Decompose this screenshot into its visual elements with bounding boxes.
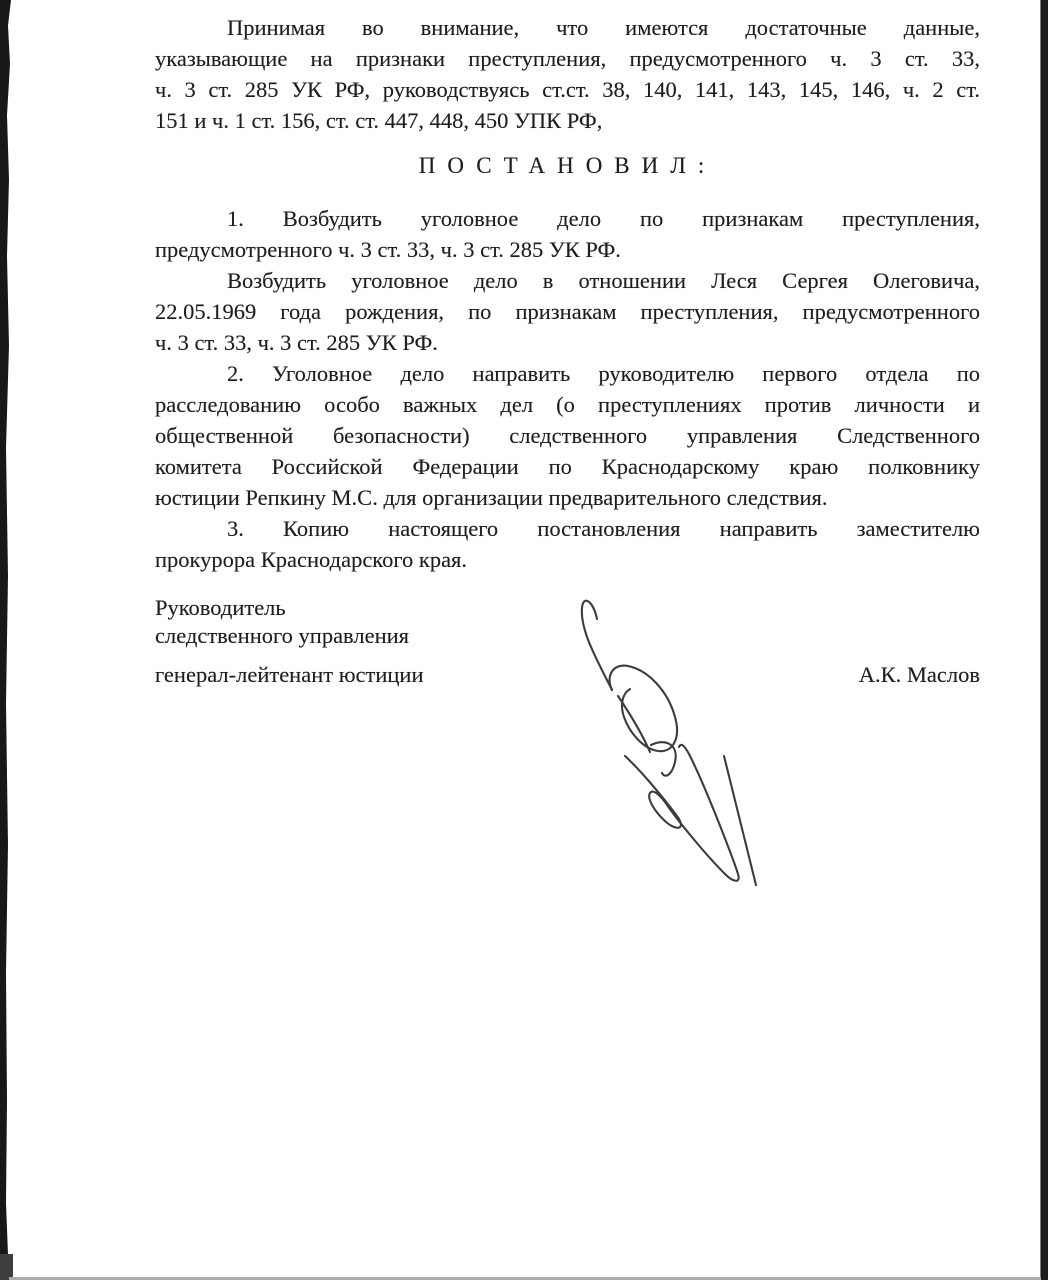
intro-paragraph: Принимая во внимание, что имеются достат…	[155, 12, 980, 136]
text-line: юстиции Репкину М.С. для организации пре…	[155, 482, 980, 513]
text-line: комитета Российской Федерации по Краснод…	[155, 451, 980, 482]
text-line: прокурора Краснодарского края.	[155, 544, 980, 575]
resolution-heading: ПОСТАНОВИЛ:	[155, 150, 980, 181]
text-line: указывающие на признаки преступления, пр…	[155, 43, 980, 74]
scanned-document-page: Принимая во внимание, что имеются достат…	[0, 0, 1048, 1280]
text-line: 151 и ч. 1 ст. 156, ст. ст. 447, 448, 45…	[155, 105, 980, 136]
paragraph: 2. Уголовное дело направить руководителю…	[155, 358, 980, 513]
text-line: 22.05.1969 года рождения, по признакам п…	[155, 296, 980, 327]
scan-edge-right	[1041, 0, 1048, 1280]
signatory-rank: генерал-лейтенант юстиции	[155, 661, 424, 689]
paragraph: Возбудить уголовное дело в отношении Лес…	[155, 265, 980, 358]
text-line: ч. 3 ст. 285 УК РФ, руководствуясь ст.ст…	[155, 74, 980, 105]
text-line: 2. Уголовное дело направить руководителю…	[155, 358, 980, 389]
resolution-paragraphs: 1. Возбудить уголовное дело по признакам…	[155, 203, 980, 575]
paragraph: 1. Возбудить уголовное дело по признакам…	[155, 203, 980, 265]
text-line: ч. 3 ст. 33, ч. 3 ст. 285 УК РФ.	[155, 327, 980, 358]
text-line: Принимая во внимание, что имеются достат…	[155, 12, 980, 43]
text-line: предусмотренного ч. 3 ст. 33, ч. 3 ст. 2…	[155, 234, 980, 265]
signatory-name: А.К. Маслов	[859, 661, 980, 689]
text-line: Возбудить уголовное дело в отношении Лес…	[155, 265, 980, 296]
text-line: 3. Копию настоящего постановления направ…	[155, 513, 980, 544]
paragraph: 3. Копию настоящего постановления направ…	[155, 513, 980, 575]
text-line: расследованию особо важных дел (о престу…	[155, 389, 980, 420]
text-line: общественной безопасности) следственного…	[155, 420, 980, 451]
handwritten-signature-icon	[555, 578, 815, 908]
document-body: Принимая во внимание, что имеются достат…	[155, 12, 980, 575]
scan-edge-left	[0, 0, 12, 1280]
text-line: 1. Возбудить уголовное дело по признакам…	[155, 203, 980, 234]
